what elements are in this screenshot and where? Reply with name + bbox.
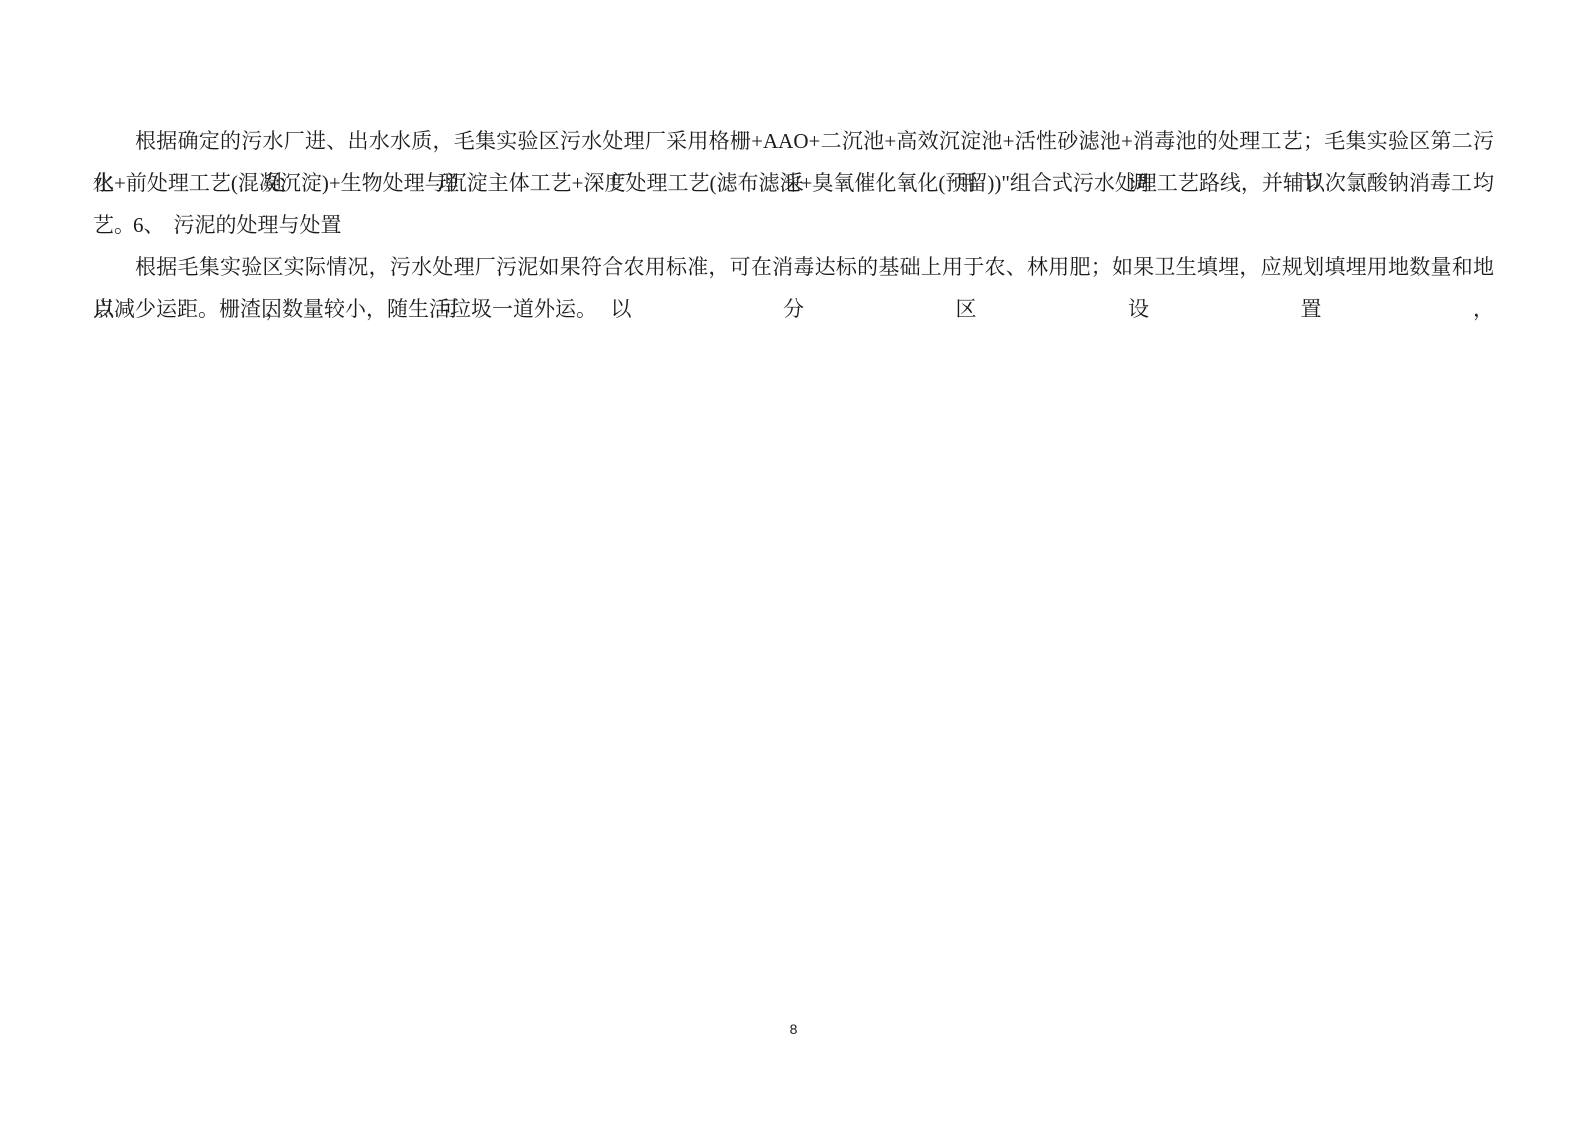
section-heading-sludge: 6、污泥的处理与处置 xyxy=(93,204,1494,246)
heading-number: 6、 xyxy=(133,204,165,246)
heading-title: 污泥的处理与处置 xyxy=(174,213,342,237)
paragraph-line: 根据毛集实验区实际情况，污水处理厂污泥如果符合农用标准，可在消毒达标的基础上用于… xyxy=(93,246,1494,288)
document-page: 根据确定的污水厂进、出水水质，毛集实验区污水处理厂采用格栅+AAO+二沉池+高效… xyxy=(0,0,1587,1122)
body-text: 根据确定的污水厂进、出水水质，毛集实验区污水处理厂采用格栅+AAO+二沉池+高效… xyxy=(93,120,1494,330)
paragraph-treatment-process: 根据确定的污水厂进、出水水质，毛集实验区污水处理厂采用格栅+AAO+二沉池+高效… xyxy=(93,120,1494,204)
paragraph-line: 化+前处理工艺(混凝沉淀)+生物处理与沉淀主体工艺+深度处理工艺(滤布滤池+臭氧… xyxy=(93,162,1494,204)
page-number: 8 xyxy=(0,1021,1587,1037)
paragraph-sludge-disposal: 根据毛集实验区实际情况，污水处理厂污泥如果符合农用标准，可在消毒达标的基础上用于… xyxy=(93,246,1494,330)
paragraph-line: 根据确定的污水厂进、出水水质，毛集实验区污水处理厂采用格栅+AAO+二沉池+高效… xyxy=(93,120,1494,162)
